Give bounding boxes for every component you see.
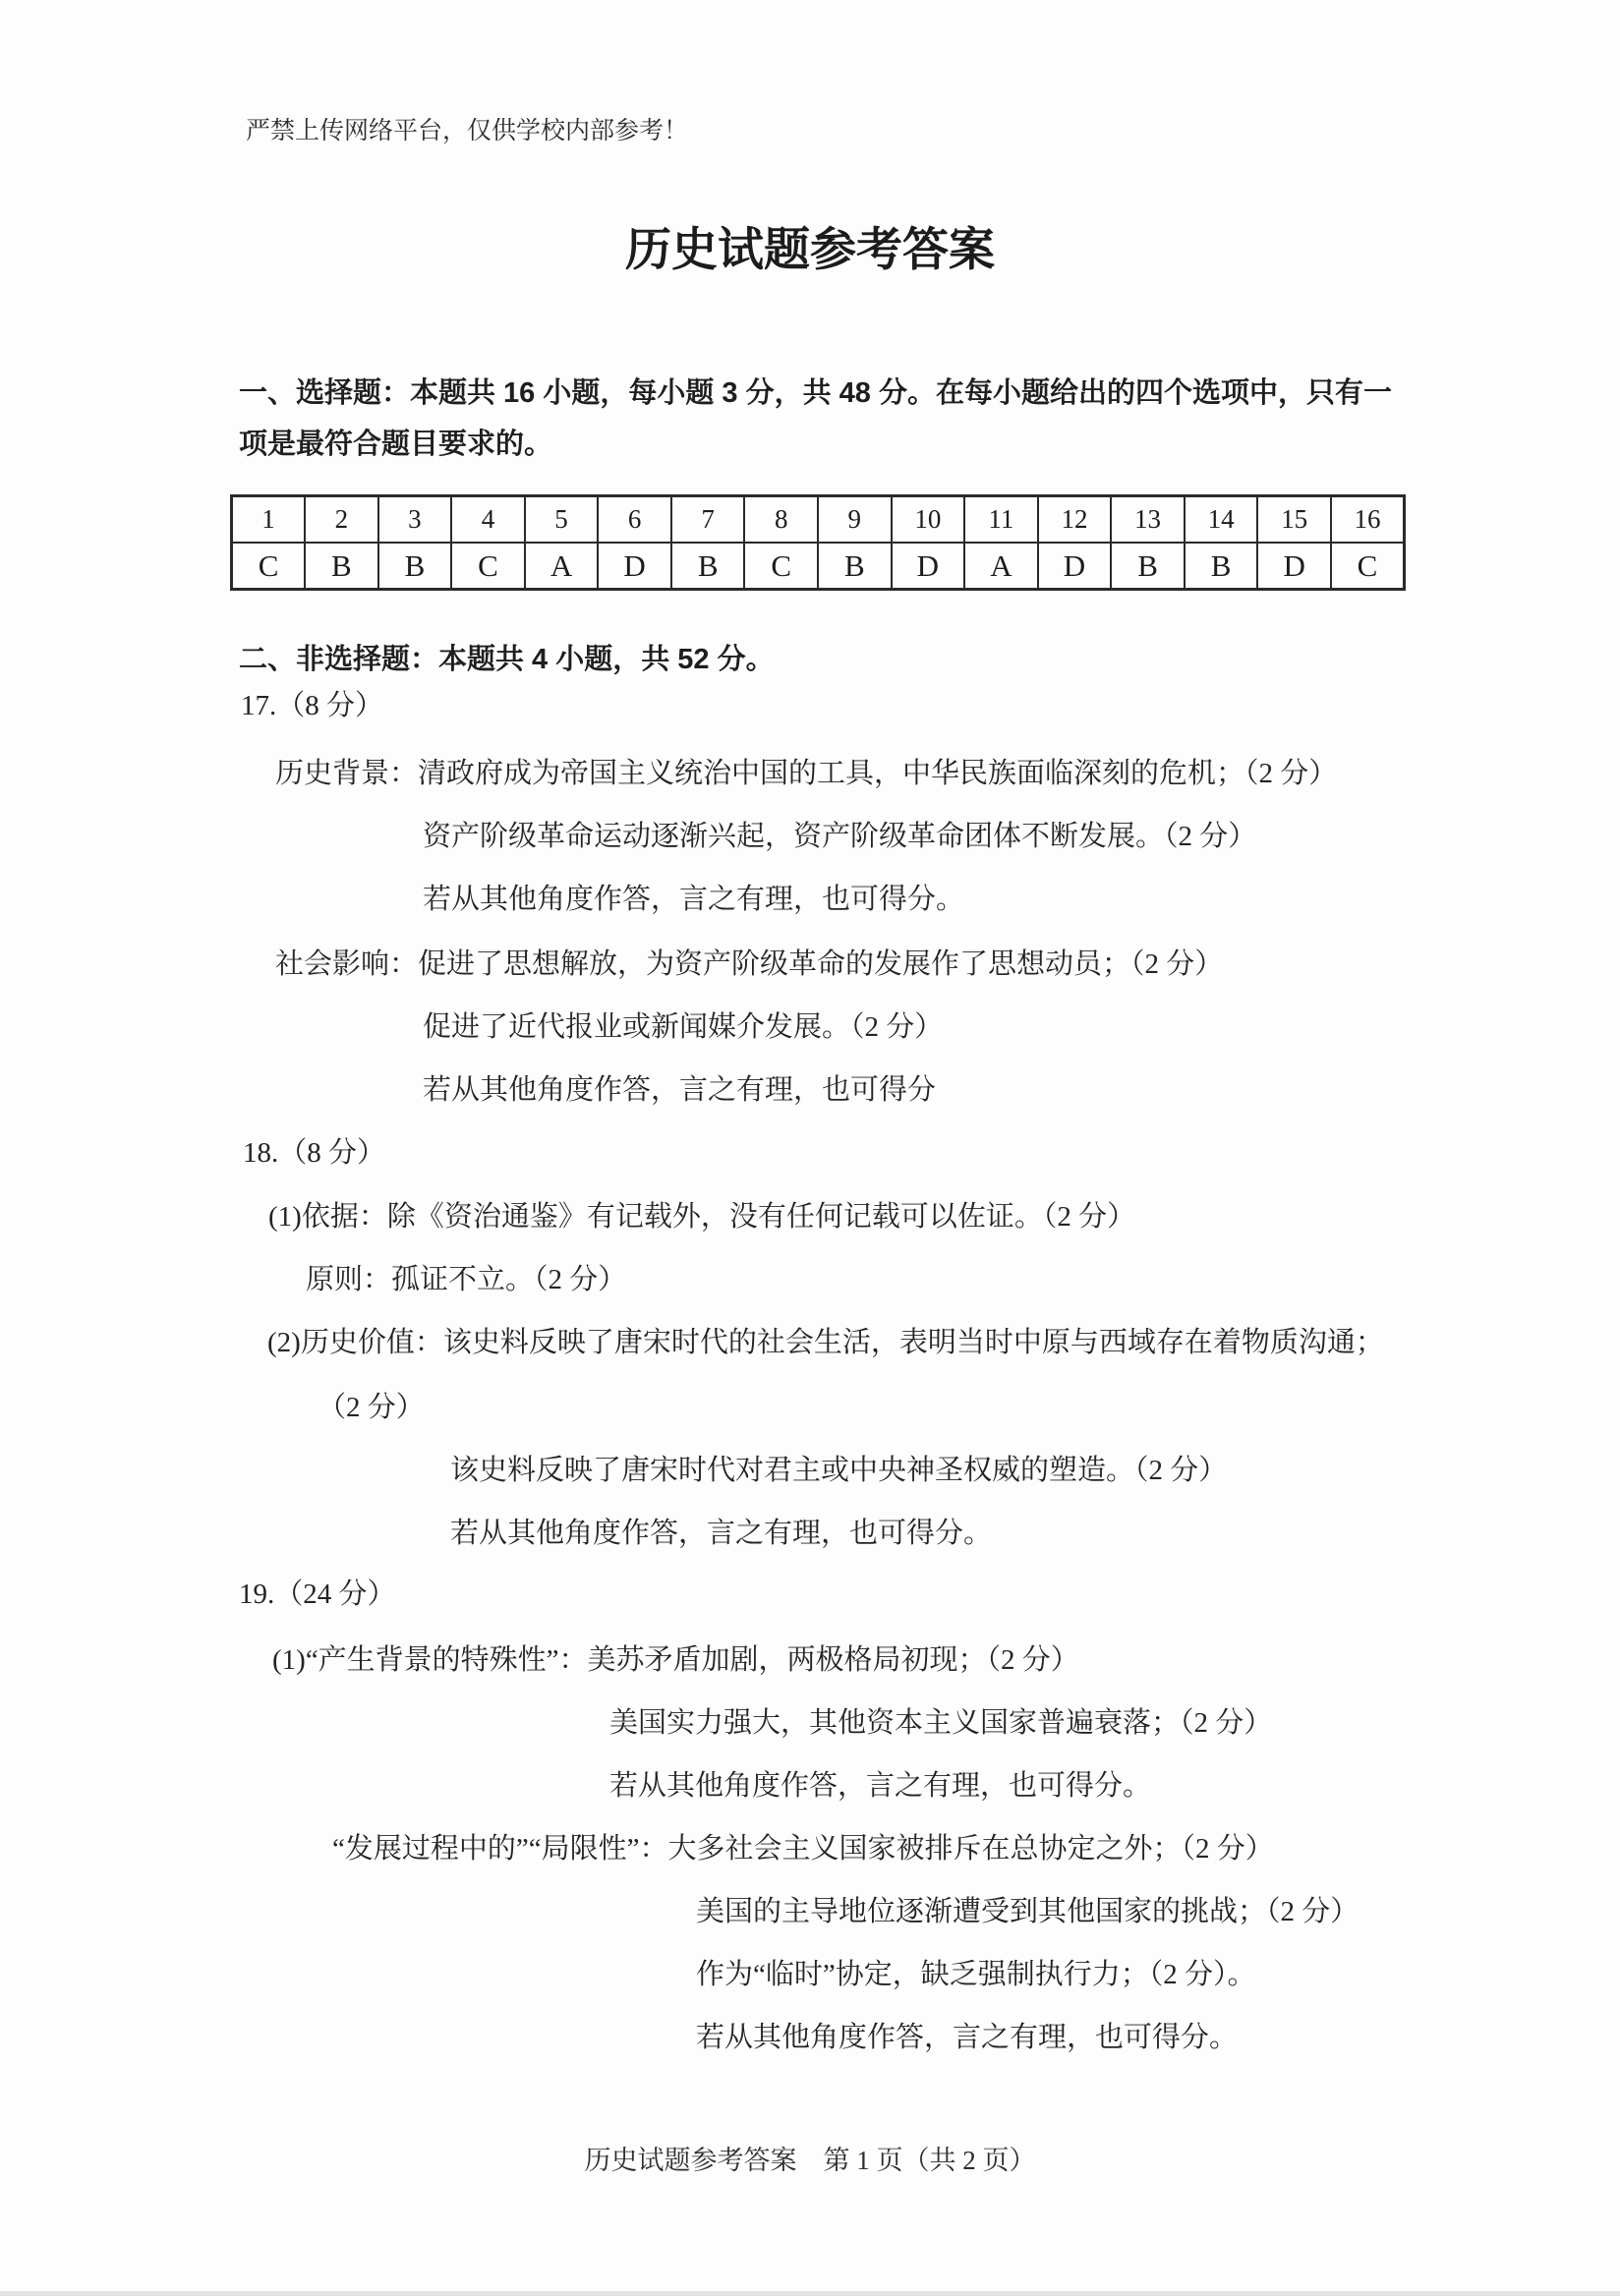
document-page: 严禁上传网络平台，仅供学校内部参考！ 历史试题参考答案 一、选择题：本题共 16… — [0, 0, 1620, 2296]
question-number-cell: 13 — [1111, 496, 1185, 544]
question-number-row: 1 2 3 4 5 6 7 8 9 10 11 12 13 14 15 16 — [232, 496, 1405, 544]
q19-answer-line: (1)“产生背景的特殊性”：美苏矛盾加剧，两极格局初现；（2 分） — [272, 1642, 1079, 1678]
answer-letter-cell: D — [598, 543, 671, 590]
q19-answer-line: 美国的主导地位逐渐遭受到其他国家的挑战；（2 分） — [696, 1894, 1359, 1929]
answer-letter-cell: A — [525, 543, 599, 590]
answer-letter-cell: B — [818, 543, 892, 590]
page-footer: 历史试题参考答案 第 1 页（共 2 页） — [0, 2139, 1620, 2177]
answer-letter-cell: B — [378, 543, 452, 590]
q17-answer-line: 促进了近代报业或新闻媒介发展。（2 分） — [423, 1009, 943, 1045]
q17-answer-line: 资产阶级革命运动逐渐兴起，资产阶级革命团体不断发展。（2 分） — [423, 819, 1256, 854]
answer-letter-cell: B — [671, 543, 745, 590]
answer-letter-cell: B — [1111, 543, 1185, 590]
q19-number: 19.（24 分） — [239, 1577, 396, 1612]
q19-answer-line: “发展过程中的”“局限性”：大多社会主义国家被排斥在总协定之外；（2 分） — [332, 1831, 1274, 1866]
q17-answer-line: 若从其他角度作答，言之有理，也可得分 — [423, 1072, 936, 1108]
answer-letter-cell: D — [1038, 543, 1112, 590]
question-number-cell: 7 — [671, 496, 745, 544]
q18-answer-line: （2 分） — [318, 1390, 425, 1425]
question-number-cell: 15 — [1257, 496, 1331, 544]
q18-answer-line: (1)依据：除《资治通鉴》有记载外，没有任何记载可以佐证。（2 分） — [268, 1199, 1135, 1234]
q18-answer-line: 该史料反映了唐宋时代对君主或中央神圣权威的塑造。（2 分） — [450, 1453, 1227, 1488]
section2-heading: 二、非选择题：本题共 4 小题，共 52 分。 — [239, 637, 775, 677]
question-number-cell: 6 — [598, 496, 671, 544]
q19-answer-line: 若从其他角度作答，言之有理，也可得分。 — [609, 1768, 1151, 1804]
answer-table: 1 2 3 4 5 6 7 8 9 10 11 12 13 14 15 16 C… — [230, 494, 1406, 591]
q17-answer-line: 若从其他角度作答，言之有理，也可得分。 — [423, 882, 964, 917]
question-number-cell: 8 — [744, 496, 818, 544]
q18-number: 18.（8 分） — [243, 1135, 385, 1171]
q18-answer-line: 若从其他角度作答，言之有理，也可得分。 — [450, 1516, 992, 1551]
answer-letter-cell: C — [451, 543, 525, 590]
answer-letter-cell: A — [964, 543, 1038, 590]
answer-letter-cell: D — [1257, 543, 1331, 590]
q18-answer-line: (2)历史价值：该史料反映了唐宋时代的社会生活，表明当时中原与西域存在着物质沟通… — [267, 1325, 1384, 1360]
q18-answer-line: 原则：孤证不立。（2 分） — [306, 1262, 626, 1297]
answer-letter-cell: B — [305, 543, 378, 590]
section1-heading: 一、选择题：本题共 16 小题，每小题 3 分，共 48 分。在每小题给出的四个… — [239, 368, 1414, 470]
answer-letter-cell: B — [1185, 543, 1258, 590]
question-number-cell: 10 — [892, 496, 965, 544]
answer-letter-cell: D — [892, 543, 965, 590]
q19-answer-line: 若从其他角度作答，言之有理，也可得分。 — [696, 2020, 1238, 2055]
q17-answer-line: 历史背景：清政府成为帝国主义统治中国的工具，中华民族面临深刻的危机；（2 分） — [275, 756, 1337, 791]
question-number-cell: 12 — [1038, 496, 1112, 544]
answer-letter-row: C B B C A D B C B D A D B B D C — [232, 543, 1405, 590]
q19-answer-line: 作为“临时”协定，缺乏强制执行力；（2 分）。 — [696, 1957, 1256, 1992]
q17-answer-line: 社会影响：促进了思想解放，为资产阶级革命的发展作了思想动员；（2 分） — [275, 947, 1223, 982]
question-number-cell: 3 — [378, 496, 452, 544]
question-number-cell: 1 — [232, 496, 306, 544]
page-title: 历史试题参考答案 — [0, 213, 1620, 279]
answer-letter-cell: C — [1331, 543, 1405, 590]
question-number-cell: 14 — [1185, 496, 1258, 544]
question-number-cell: 5 — [525, 496, 599, 544]
answer-letter-cell: C — [744, 543, 818, 590]
question-number-cell: 11 — [964, 496, 1038, 544]
answer-letter-cell: C — [232, 543, 306, 590]
q19-answer-line: 美国实力强大，其他资本主义国家普遍衰落；（2 分） — [609, 1705, 1272, 1741]
question-number-cell: 9 — [818, 496, 892, 544]
question-number-cell: 4 — [451, 496, 525, 544]
question-number-cell: 16 — [1331, 496, 1405, 544]
scan-edge-shadow — [0, 2291, 1620, 2296]
q17-number: 17.（8 分） — [241, 688, 383, 723]
watermark-notice: 严禁上传网络平台，仅供学校内部参考！ — [246, 116, 688, 146]
question-number-cell: 2 — [305, 496, 378, 544]
